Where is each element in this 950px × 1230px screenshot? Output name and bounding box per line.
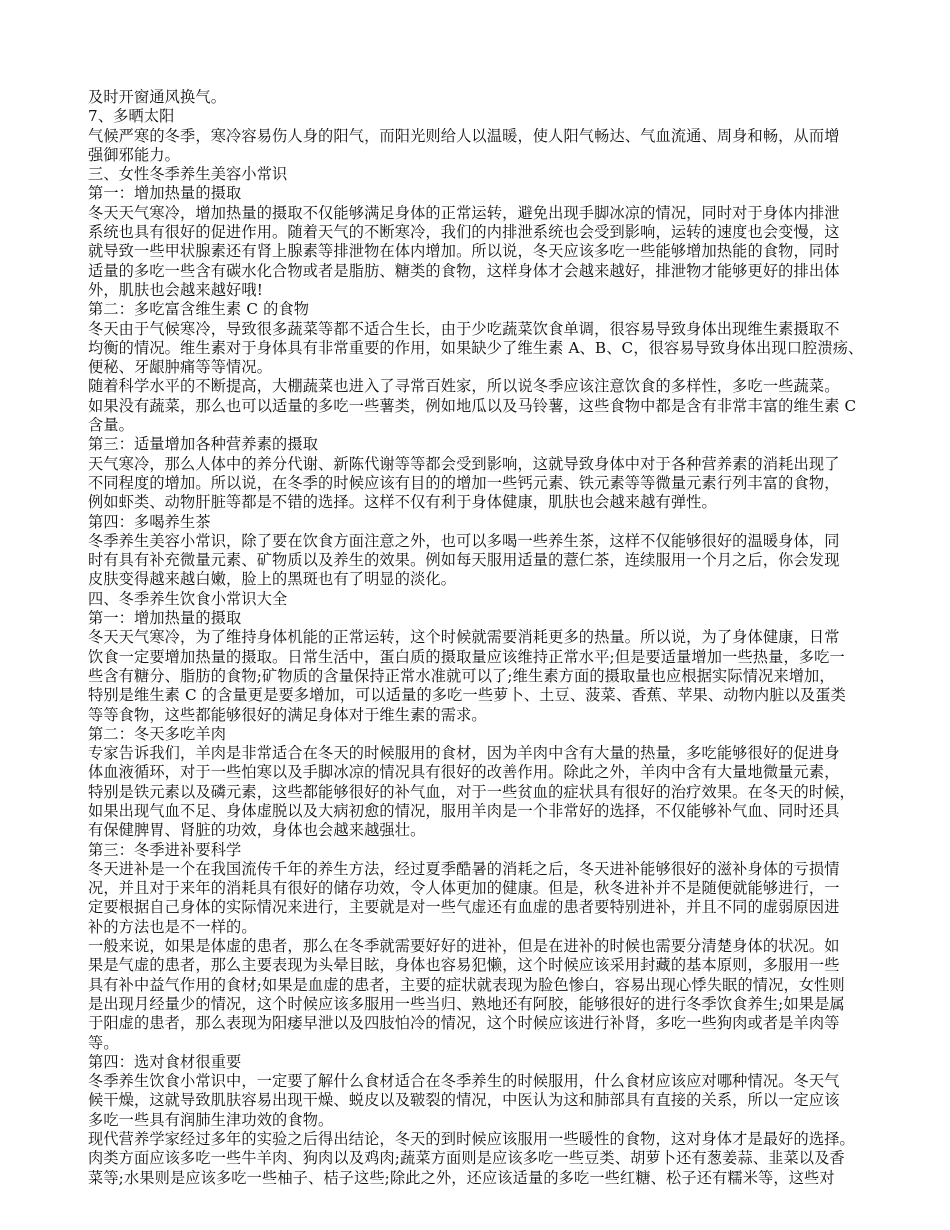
text-line: 等等食物，这些都能够很好的满足身体对于维生素的需求。: [88, 706, 868, 725]
text-line: 肉类方面应该多吃一些牛羊肉、狗肉以及鸡肉;蔬菜方面则是应该多吃一些豆类、胡萝卜还…: [88, 1149, 868, 1168]
text-line: 果是气虚的患者，那么主要表现为头晕目眩，身体也容易犯懒，这个时候应该采用封藏的基…: [88, 956, 868, 975]
text-line: 时有具有补充微量元素、矿物质以及养生的效果。例如每天服用适量的薏仁茶，连续服用一…: [88, 551, 868, 570]
text-line: 等。: [88, 1034, 868, 1053]
text-line: 如果出现气血不足、身体虚脱以及大病初愈的情况，服用羊肉是一个非常好的选择，不仅能…: [88, 802, 868, 821]
text-line: 一般来说，如果是体虚的患者，那么在冬季就需要好好的进补，但是在进补的时候也需要分…: [88, 937, 868, 956]
text-line: 具有补中益气作用的食材;如果是血虚的患者，主要的症状就表现为脸色惨白，容易出现心…: [88, 976, 868, 995]
section-heading: 四、冬季养生饮食小常识大全: [88, 590, 868, 609]
text-line: 是出现月经量少的情况，这个时候应该多服用一些当归、熟地还有阿胶，能够很好的进行冬…: [88, 995, 868, 1014]
subsection-heading: 第三：冬季进补要科学: [88, 841, 868, 860]
subsection-heading: 第一：增加热量的摄取: [88, 184, 868, 203]
text-line: 适量的多吃一些含有碳水化合物或者是脂肪、糖类的食物，这样身体才会越来越好，排泄物…: [88, 262, 868, 281]
text-line: 冬天天气寒冷，增加热量的摄取不仅能够满足身体的正常运转，避免出现手脚冰凉的情况，…: [88, 204, 868, 223]
text-line: 饮食一定要增加热量的摄取。日常生活中，蛋白质的摄取量应该维持正常水平;但是要适量…: [88, 648, 868, 667]
text-line: 天气寒冷，那么人体中的养分代谢、新陈代谢等等都会受到影响，这就导致身体中对于各种…: [88, 455, 868, 474]
text-line: 补的方法也是不一样的。: [88, 918, 868, 937]
subsection-heading: 第四：选对食材很重要: [88, 1053, 868, 1072]
text-line: 些含有糖分、脂肪的食物;矿物质的含量保持正常水准就可以了;维生素方面的摄取量也应…: [88, 667, 868, 686]
text-line: 冬天天气寒冷，为了维持身体机能的正常运转，这个时候就需要消耗更多的热量。所以说，…: [88, 628, 868, 647]
text-line: 特别是维生素 C 的含量更是要多增加，可以适量的多吃一些萝卜、土豆、菠菜、香蕉、…: [88, 686, 868, 705]
text-line: 冬天进补是一个在我国流传千年的养生方法，经过夏季酷暑的消耗之后，冬天进补能够很好…: [88, 860, 868, 879]
subsection-heading: 第二：冬天多吃羊肉: [88, 725, 868, 744]
text-line: 专家告诉我们，羊肉是非常适合在冬天的时候服用的食材，因为羊肉中含有大量的热量，多…: [88, 744, 868, 763]
text-line: 及时开窗通风换气。: [88, 88, 868, 107]
text-line: 便秘、牙龈肿痛等等情况。: [88, 358, 868, 377]
section-heading: 三、女性冬季养生美容小常识: [88, 165, 868, 184]
text-line: 菜等;水果则是应该多吃一些柚子、桔子这些;除此之外，还应该适量的多吃一些红糖、松…: [88, 1169, 868, 1188]
text-line: 不同程度的增加。所以说，在冬季的时候应该有目的的增加一些钙元素、铁元素等等微量元…: [88, 474, 868, 493]
subsection-heading: 第二：多吃富含维生素 C 的食物: [88, 300, 868, 319]
text-line: 有保健脾胃、肾脏的功效，身体也会越来越强壮。: [88, 821, 868, 840]
text-line: 冬天由于气候寒冷，导致很多蔬菜等都不适合生长，由于少吃蔬菜饮食单调，很容易导致身…: [88, 320, 868, 339]
text-line: 系统也具有很好的促进作用。随着天气的不断寒冷，我们的内排泄系统也会受到影响，运转…: [88, 223, 868, 242]
text-line: 特别是铁元素以及磷元素，这些都能够很好的补气血，对于一些贫血的症状具有很好的治疗…: [88, 783, 868, 802]
text-line: 例如虾类、动物肝脏等都是不错的选择。这样不仅有利于身体健康，肌肤也会越来越有弹性…: [88, 493, 868, 512]
text-line: 现代营养学家经过多年的实验之后得出结论，冬天的到时候应该服用一些暖性的食物，这对…: [88, 1130, 868, 1149]
text-line: 于阳虚的患者，那么表现为阳痿早泄以及四肢怕冷的情况，这个时候应该进行补肾，多吃一…: [88, 1014, 868, 1033]
text-line: 外，肌肤也会越来越好哦!: [88, 281, 868, 300]
text-line: 多吃一些具有润肺生津功效的食物。: [88, 1111, 868, 1130]
text-line: 况，并且对于来年的消耗具有很好的储存功效，令人体更加的健康。但是，秋冬进补并不是…: [88, 879, 868, 898]
text-line: 就导致一些甲状腺素还有肾上腺素等排泄物在体内增加。所以说，冬天应该多吃一些能够增…: [88, 242, 868, 261]
text-line: 均衡的情况。维生素对于身体具有非常重要的作用，如果缺少了维生素 A、B、C，很容…: [88, 339, 868, 358]
subsection-heading: 第三：适量增加各种营养素的摄取: [88, 435, 868, 454]
text-line: 含量。: [88, 416, 868, 435]
text-line: 气候严寒的冬季，寒冷容易伤人身的阳气，而阳光则给人以温暖，使人阳气畅达、气血流通…: [88, 127, 868, 146]
text-line: 冬季养生美容小常识，除了要在饮食方面注意之外，也可以多喝一些养生茶，这样不仅能够…: [88, 532, 868, 551]
text-line: 定要根据自己身体的实际情况来进行，主要就是对一些气虚还有血虚的患者要特别进补，并…: [88, 898, 868, 917]
document-page: 及时开窗通风换气。 7、多晒太阳 气候严寒的冬季，寒冷容易伤人身的阳气，而阳光则…: [88, 88, 868, 1188]
subsection-heading: 第四：多喝养生茶: [88, 513, 868, 532]
text-line: 皮肤变得越来越白嫩，脸上的黑斑也有了明显的淡化。: [88, 570, 868, 589]
text-line: 体血液循环，对于一些怕寒以及手脚冰凉的情况具有很好的改善作用。除此之外，羊肉中含…: [88, 763, 868, 782]
text-line: 冬季养生饮食小常识中，一定要了解什么食材适合在冬季养生的时候服用，什么食材应该应…: [88, 1072, 868, 1091]
text-line: 如果没有蔬菜，那么也可以适量的多吃一些薯类，例如地瓜以及马铃薯，这些食物中都是含…: [88, 397, 868, 416]
section-heading: 7、多晒太阳: [88, 107, 868, 126]
text-line: 随着科学水平的不断提高，大棚蔬菜也进入了寻常百姓家，所以说冬季应该注意饮食的多样…: [88, 377, 868, 396]
text-line: 强御邪能力。: [88, 146, 868, 165]
text-line: 候干燥，这就导致肌肤容易出现干燥、蜕皮以及皲裂的情况，中医认为这和肺部具有直接的…: [88, 1091, 868, 1110]
subsection-heading: 第一：增加热量的摄取: [88, 609, 868, 628]
